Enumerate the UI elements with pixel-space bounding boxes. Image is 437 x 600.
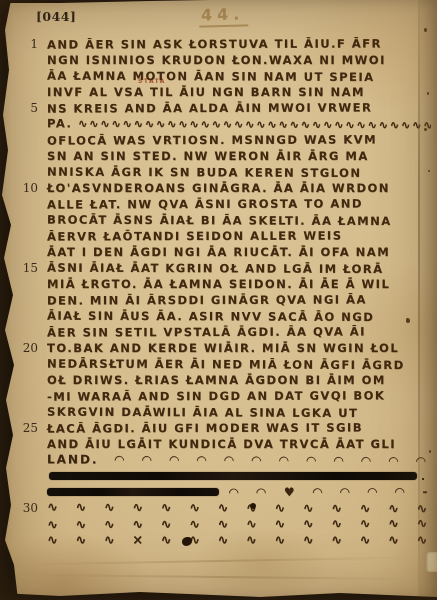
flourish-row: 30∿ ∿ ∿ ∿ ∿ ∿ ∿ ∿ ∿ ∿ ∿ ∿ ∿ ∿ ∿ ∿ ∿ ∿ ∿ (8, 500, 431, 516)
manuscript-line: OŁ DRIWS. ŁRIAS ŁAMNA ĀGDON BI ĀIM OM (8, 372, 431, 388)
line-text: NGN ISNINIOS KRUDON ŁON.WAXA NI MWOI (47, 53, 386, 67)
line-text: SKRGVIN DAĀWILI ĀIA AL SINA LGKA UT (47, 405, 358, 420)
line-text: ĀA ŁAMNA MOTON ĀAN SIN NAM UT SPEIA (47, 69, 375, 84)
manuscript-line: ĀIAŁ SIN ĀUS ĀA. ASIR NVV SACĀ ĀO NGD (8, 308, 431, 324)
manuscript-line: 25ŁACĀ ĀGDI. ĀIU GFI MODER WAS IT SGIB (8, 420, 431, 436)
ink-speck (406, 318, 410, 323)
line-number: 10 (8, 181, 47, 195)
line-text: ∿ ∿ ∿ ∿ ∿ ∿ ∿ ∿ ∿ ∿ ∿ ∿ ∿ ∿ ∿ ∿ ∿ ∿ ∿ (47, 500, 431, 516)
ink-speck (424, 128, 427, 131)
manuscript-line: 20TO.BAK AND KERDE WIĀIR. MIĀ SN WGIN ŁO… (8, 340, 431, 356)
line-text: PA. ∿∿∿∿∿∿∿∿∿∿∿∿∿∿∿∿∿∿∿∿∿∿∿∿∿∿∿∿∿∿∿∿∿∿∿∿… (47, 116, 431, 132)
manuscript-line: NGN ISNINIOS KRUDON ŁON.WAXA NI MWOI (8, 52, 431, 68)
line-text: BROCĀT ĀSNS ĀIAŁ BI ĀA SKELTI. ĀA ŁAMNA (47, 213, 392, 228)
line-text: NNISKA ĀGR IK SN BUDA KEREN STGLON (47, 165, 362, 180)
line-text: ĀER SIN SETIL VPSTALĀ ĀGDI. ĀA QVA ĀI (47, 324, 366, 339)
pencil-page-number: 44. (199, 4, 249, 27)
redaction-bar-short (47, 488, 219, 497)
manuscript-line: MIĀ ŁRGTO. ĀA ŁAMNA SEIDON. ĀI ĀE Ā WIL (8, 276, 431, 292)
manuscript-line: NNISKA ĀGR IK SN BUDA KEREN STGLON (8, 164, 431, 180)
line-text: ∿ ∿ ∿ ∿ ∿ ∿ ∿ ∿ ∿ ∿ ∿ ∿ ∿ ∿ ∿ ∿ ∿ (47, 516, 431, 532)
manuscript-line: 5NS KREIS AND ĀA ALDA ĀIN MWOI VRWER (8, 100, 431, 116)
ink-speck (424, 28, 427, 32)
line-text: MIĀ ŁRGTO. ĀA ŁAMNA SEIDON. ĀI ĀE Ā WIL (47, 277, 390, 291)
flourish-row: ∿ ∿ ∿ ∿ ∿ ∿ ∿ ∿ ∿ ∿ ∿ ∿ ∿ ∿ ∿ ∿ ∿ (8, 516, 431, 532)
manuscript-line: DEN. MIN ĀI ĀRSDDI GINĀGR QVA NGI ĀA (8, 292, 431, 308)
line-text: ◠ ◠ ♥ ◠ ◠ ◠ ◠ - (229, 485, 429, 500)
line-text: ∿ ∿ ∿ × ∿ ∿ ∿ ∿ ∿ ∿ ∿ ∿ ∿ ∿ ∿ ∿ ∿ ● (47, 533, 431, 548)
manuscript-line: ĀA ŁAMNA MOTON ĀAN SIN NAM UT SPEIA (8, 68, 431, 84)
redaction-bar-full (49, 472, 417, 481)
line-text: LAND. ◠ ◠ ◠ ◠ ◠ ◠ ◠ ◠ ◠ ◠ ◠ ◠ ◠ . (47, 452, 431, 468)
manuscript-line: SN AN SIN STED. NW WERON ĀIR ĀRG MA (8, 148, 431, 164)
pagination-label: [044] (36, 9, 76, 24)
line-text: ĀIAŁ SIN ĀUS ĀA. ASIR NVV SACĀ ĀO NGD (47, 309, 374, 324)
manuscript-line: ĀER SIN SETIL VPSTALĀ ĀGDI. ĀA QVA ĀI (8, 324, 431, 340)
manuscript-line: 15ĀSNI ĀIAŁ ĀAT KGRIN OŁ AND LGĀ IM ŁORĀ (8, 260, 431, 276)
manuscript-line: ĀAT I DEN ĀGDI NGI ĀA RIUCĀT. ĀI OFA NAM (8, 244, 431, 260)
line-text: SN AN SIN STED. NW WERON ĀIR ĀRG MA (47, 149, 369, 163)
manuscript-line: 1AND ĀER SIN ASK ŁORSTUVA TIL ĀIU.F ĀFR (8, 36, 431, 52)
paper-crease (25, 574, 412, 580)
line-text: ĀERVR ŁAŌTANDI SEIDON ALLER WEIS (47, 228, 343, 243)
manuscript-photo: [044] 44. STATA 1AND ĀER SIN ASK ŁORSTUV… (0, 0, 437, 600)
line-text: OFLOCĀ WAS VRTIOSN. MSNNGD WAS KVM (47, 132, 377, 147)
manuscript-line-flourish: LAND. ◠ ◠ ◠ ◠ ◠ ◠ ◠ ◠ ◠ ◠ ◠ ◠ ◠ . (8, 452, 431, 468)
line-text: TO.BAK AND KERDE WIĀIR. MIĀ SN WGIN ŁOL (47, 341, 399, 355)
manuscript-line: -MI WARAĀ AND SIN DGD AN DAT GVQI BOK (8, 388, 431, 404)
redaction-line: . (8, 468, 431, 484)
line-number: 20 (8, 341, 47, 355)
line-number: 30 (8, 501, 47, 515)
redaction-line: ◠ ◠ ♥ ◠ ◠ ◠ ◠ - (8, 484, 431, 500)
torn-edge-top (0, 0, 210, 4)
line-text: . (421, 470, 425, 483)
ink-speck (427, 92, 429, 95)
line-number: 1 (8, 37, 47, 51)
ink-speck (429, 450, 431, 453)
line-text: ŁACĀ ĀGDI. ĀIU GFI MODER WAS IT SGIB (47, 420, 363, 435)
line-text: ŁO'ASVNDEROANS GINĀGRA. ĀA ĀIA WRDON (47, 181, 390, 195)
manuscript-text-block: 1AND ĀER SIN ASK ŁORSTUVA TIL ĀIU.F ĀFR … (8, 36, 431, 548)
line-text: AND ĀIU LGĀIT KUNDICĀ DVA TRVCĀ ĀAT GLI (47, 437, 396, 451)
line-number: 15 (8, 261, 47, 275)
manuscript-line: BROCĀT ĀSNS ĀIAŁ BI ĀA SKELTI. ĀA ŁAMNA (8, 212, 431, 228)
line-text: NS KREIS AND ĀA ALDA ĀIN MWOI VRWER (47, 100, 372, 115)
ink-blot (250, 503, 256, 509)
flourish-row: ∿ ∿ ∿ × ∿ ∿ ∿ ∿ ∿ ∿ ∿ ∿ ∿ ∿ ∿ ∿ ∿ ● (8, 532, 431, 548)
line-text: NEDĀRSŁTUM ĀER ĀI NED MIĀ ŁON ĀGFI ĀGRD (47, 357, 405, 372)
ink-speck (428, 170, 430, 172)
line-text: INVF AL VSA TIL ĀIU NGN BARN SIN NAM (47, 85, 365, 99)
manuscript-line: INVF AL VSA TIL ĀIU NGN BARN SIN NAM (8, 84, 431, 100)
manuscript-line: ALLE ŁAT. NW QVA ĀSNI GROSTA TO AND (8, 196, 431, 212)
manuscript-page: [044] 44. STATA 1AND ĀER SIN ASK ŁORSTUV… (0, 0, 437, 600)
line-text: -MI WARAĀ AND SIN DGD AN DAT GVQI BOK (47, 388, 385, 403)
manuscript-line: OFLOCĀ WAS VRTIOSN. MSNNGD WAS KVM (8, 132, 431, 148)
torn-edge-bottom (0, 588, 437, 600)
manuscript-line: ĀERVR ŁAŌTANDI SEIDON ALLER WEIS (8, 228, 431, 244)
paper-tab (426, 552, 437, 572)
line-text: DEN. MIN ĀI ĀRSDDI GINĀGR QVA NGI ĀA (47, 292, 367, 307)
line-text: AND ĀER SIN ASK ŁORSTUVA TIL ĀIU.F ĀFR (47, 36, 382, 51)
line-text: ĀAT I DEN ĀGDI NGI ĀA RIUCĀT. ĀI OFA NAM (47, 245, 390, 259)
line-text: ALLE ŁAT. NW QVA ĀSNI GROSTA TO AND (47, 196, 363, 211)
manuscript-line: 10ŁO'ASVNDEROANS GINĀGRA. ĀA ĀIA WRDON (8, 180, 431, 196)
manuscript-line-flourish: PA. ∿∿∿∿∿∿∿∿∿∿∿∿∿∿∿∿∿∿∿∿∿∿∿∿∿∿∿∿∿∿∿∿∿∿∿∿… (8, 116, 431, 132)
line-number: 5 (8, 101, 47, 115)
line-text: ĀSNI ĀIAŁ ĀAT KGRIN OŁ AND LGĀ IM ŁORĀ (47, 261, 384, 276)
manuscript-line: AND ĀIU LGĀIT KUNDICĀ DVA TRVCĀ ĀAT GLI (8, 436, 431, 452)
paper-crease (25, 557, 412, 566)
line-number: 25 (8, 421, 47, 435)
line-text: OŁ DRIWS. ŁRIAS ŁAMNA ĀGDON BI ĀIM OM (47, 373, 386, 387)
manuscript-line: NEDĀRSŁTUM ĀER ĀI NED MIĀ ŁON ĀGFI ĀGRD (8, 356, 431, 372)
manuscript-line: SKRGVIN DAĀWILI ĀIA AL SINA LGKA UT (8, 404, 431, 420)
